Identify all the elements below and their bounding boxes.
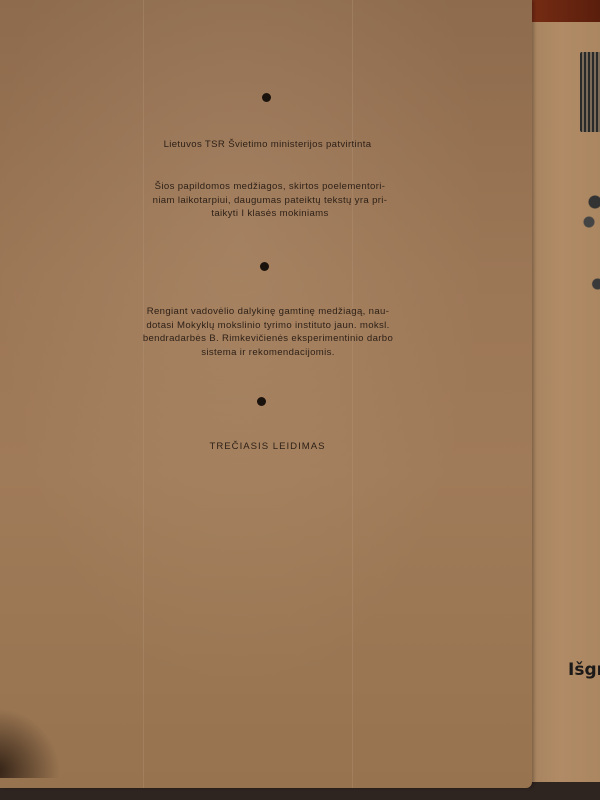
note-line: Šios papildomos medžiagos, skirtos poele… [120, 180, 420, 194]
note-line: sistema ir rekomendacijomis. [108, 346, 428, 360]
note-line: taikyti I klasės mokiniams [120, 207, 420, 221]
illustration-fragment [585, 272, 600, 312]
edition-label: TREČIASIS LEIDIMAS [100, 440, 435, 454]
illustration-fragment [583, 182, 600, 232]
adjacent-page-text: Išgri [568, 660, 600, 680]
adjacent-page: Išgri [525, 22, 600, 782]
note-line: dotasi Mokyklų mokslinio tyrimo institut… [108, 319, 428, 333]
approval-text: Lietuvos TSR Švietimo ministerijos patvi… [100, 138, 435, 152]
book-photo: Išgri Lietuvos TSR Švietimo ministerijos… [0, 0, 600, 800]
bullet-dot-icon [260, 262, 269, 271]
note-line: Rengiant vadovėlio dalykinę gamtinę medž… [108, 305, 428, 319]
supplementary-note: Šios papildomos medžiagos, skirtos poele… [120, 180, 420, 221]
page-crease [143, 0, 144, 788]
note-line: bendradarbės B. Rimkevičienės eksperimen… [108, 332, 428, 346]
note-line: niam laikotarpiui, daugumas pateiktų tek… [120, 194, 420, 208]
methodology-note: Rengiant vadovėlio dalykinę gamtinę medž… [108, 305, 428, 359]
bullet-dot-icon [262, 93, 271, 102]
hand-shadow [0, 708, 60, 778]
illustration-fragment [580, 52, 600, 132]
page-crease [352, 0, 353, 788]
book-page: Lietuvos TSR Švietimo ministerijos patvi… [0, 0, 532, 788]
bullet-dot-icon [257, 397, 266, 406]
